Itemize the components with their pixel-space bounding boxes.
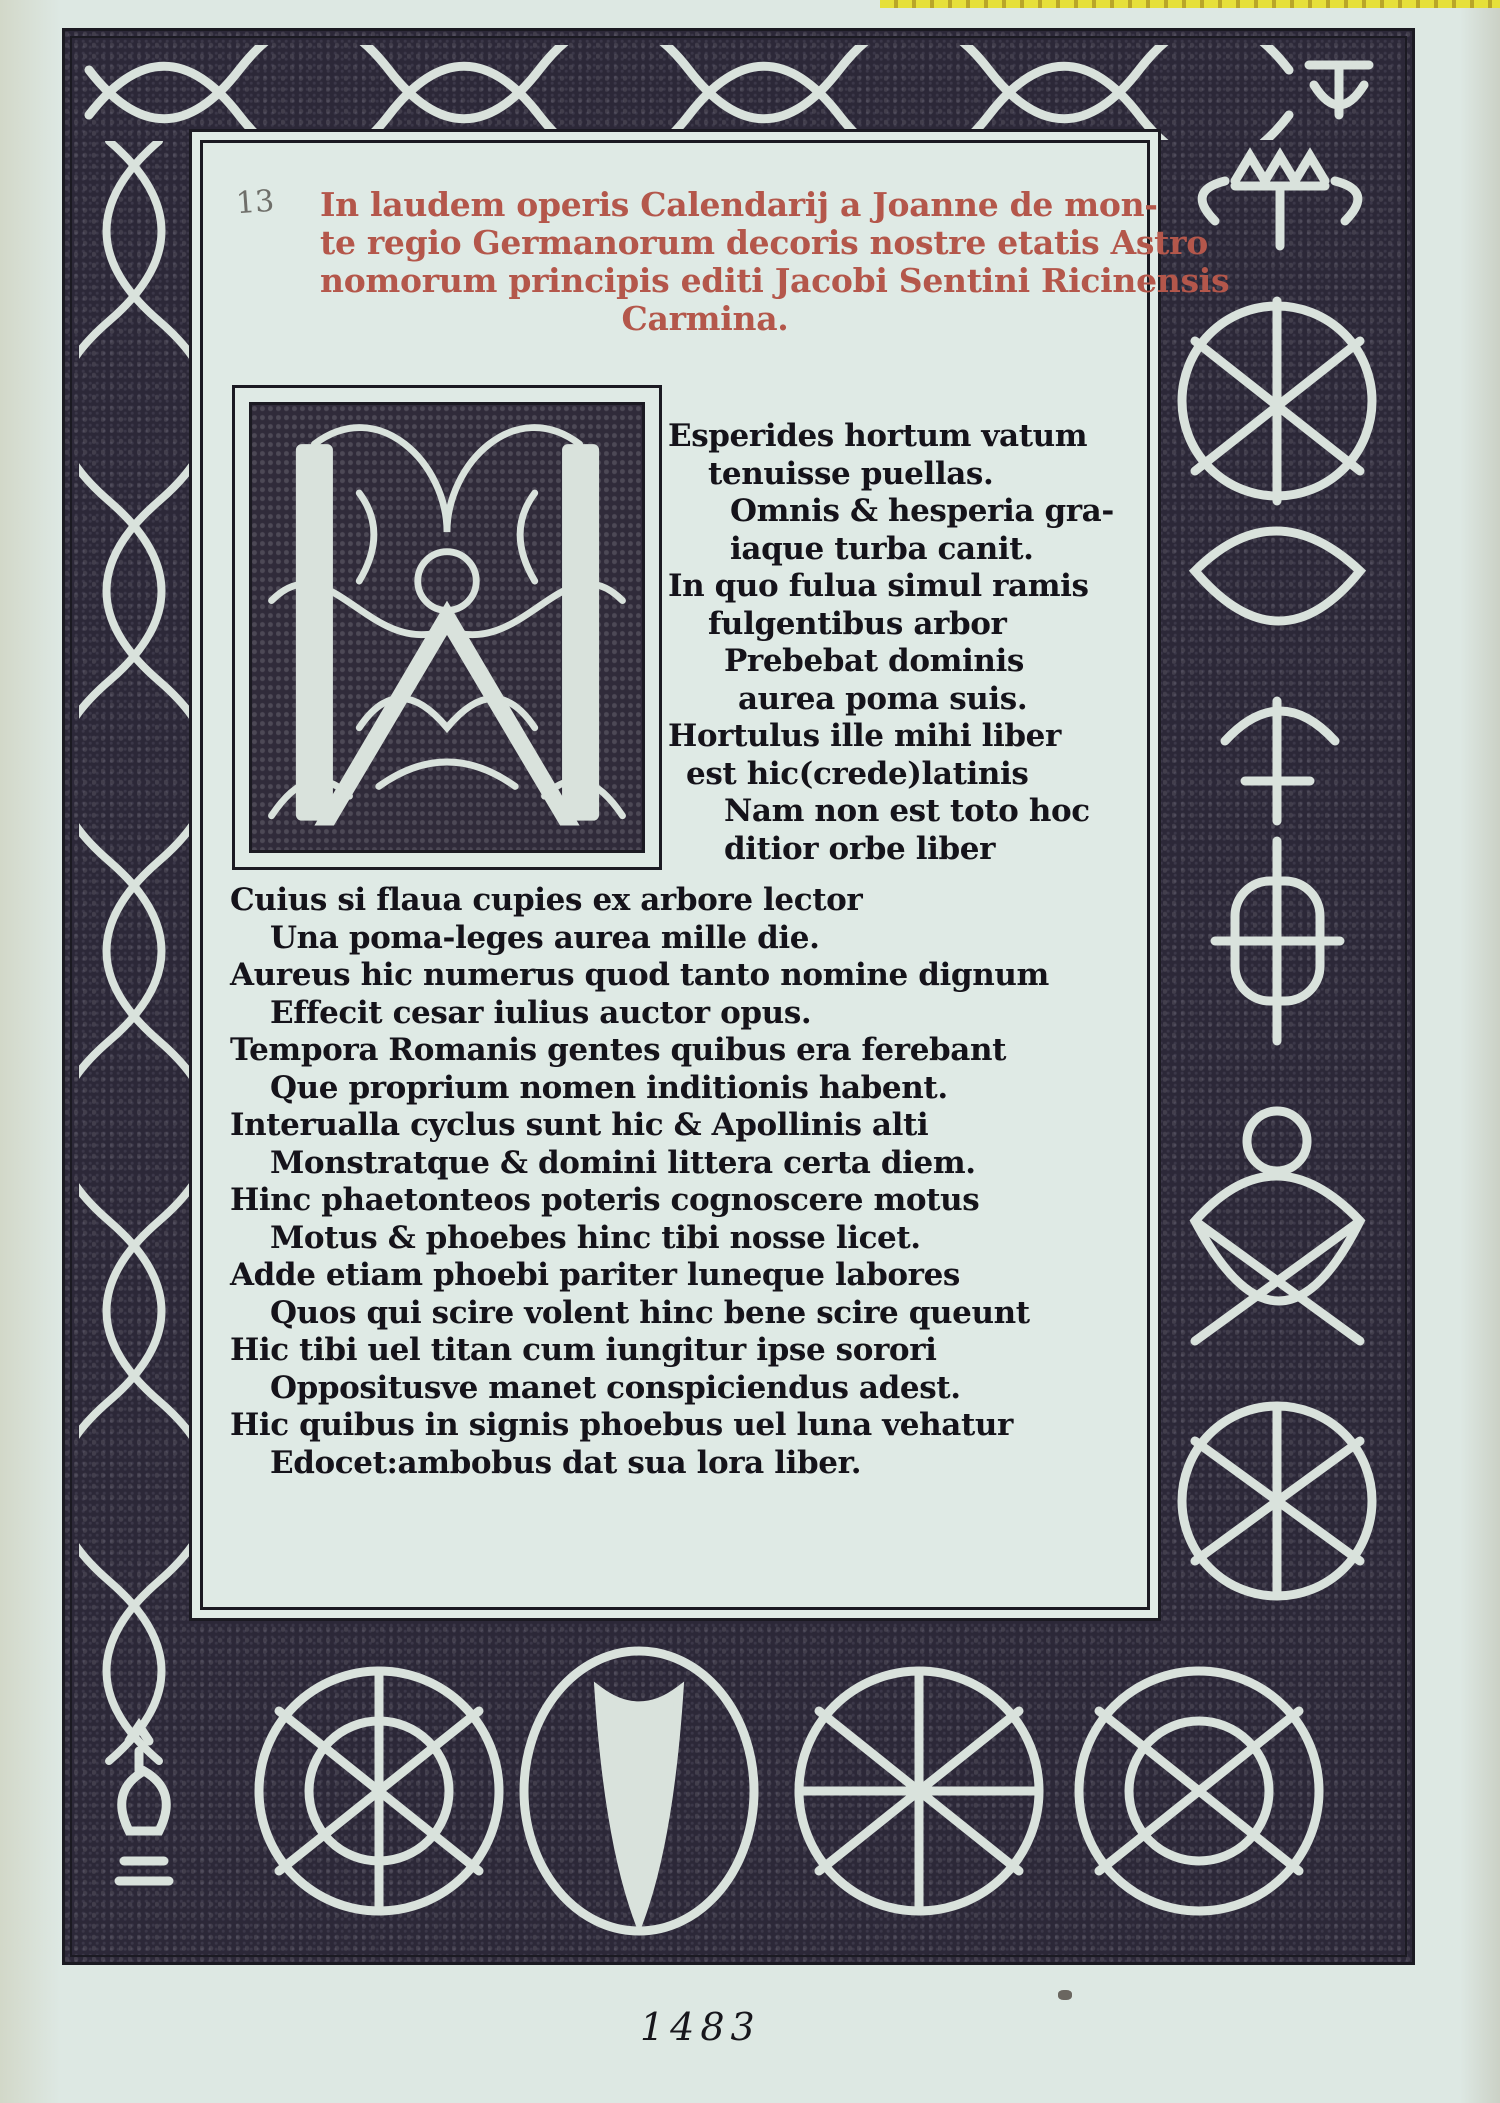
poem-line: Aureus hic numerus quod tanto nomine dig… — [218, 957, 1049, 995]
page-edge-shadow-right — [1460, 0, 1500, 2103]
poem-line: Que proprium nomen inditionis habent. — [218, 1070, 1049, 1108]
left-knotwork-band — [79, 141, 189, 1841]
heading-line: nomorum principis editi Jacobi Sentini R… — [320, 262, 1140, 300]
interlace-icon — [79, 141, 189, 1841]
bottom-knotwork-band — [79, 1631, 1399, 1946]
poem-line: Tempora Romanis gentes quibus era fereba… — [218, 1032, 1049, 1070]
handwritten-year: 1483 — [640, 2005, 761, 2049]
poem-line: tenuisse puellas. — [668, 456, 1114, 494]
paper-stain — [1058, 1990, 1072, 2000]
poem-line: aurea poma suis. — [668, 681, 1114, 719]
poem-lines-beside-initial: Esperides hortum vatum tenuisse puellas.… — [668, 418, 1114, 868]
poem-line: Effecit cesar iulius auctor opus. — [218, 995, 1049, 1033]
poem-line: Hinc phaetonteos poteris cognoscere motu… — [218, 1182, 1049, 1220]
poem-line: Hic tibi uel titan cum iungitur ipse sor… — [218, 1332, 1049, 1370]
poem-line: Una poma-leges aurea mille die. — [218, 920, 1049, 958]
heading-line: te regio Germanorum decoris nostre etati… — [320, 224, 1140, 262]
poem-line: Esperides hortum vatum — [668, 418, 1114, 456]
rubric-heading: In laudem operis Calendarij a Joanne de … — [320, 186, 1140, 338]
poem-line: est hic(crede)latinis — [668, 756, 1114, 794]
celtic-knot-icon — [79, 45, 1399, 140]
poem-line: In quo fulua simul ramis — [668, 568, 1114, 606]
margin-annotation: 13 — [235, 184, 276, 222]
poem-line: Edocet:ambobus dat sua lora liber. — [218, 1445, 1049, 1483]
initial-woodcut — [249, 402, 645, 853]
poem-line: iaque turba canit. — [668, 531, 1114, 569]
right-knotwork-band — [1155, 141, 1400, 1621]
decorated-initial-h — [232, 385, 662, 870]
vase-icon — [119, 1726, 169, 1881]
poem-line: Cuius si flaua cupies ex arbore lector — [218, 882, 1049, 920]
poem-line: Oppositusve manet conspiciendus adest. — [218, 1370, 1049, 1408]
shield-icon — [599, 1691, 679, 1921]
poem-line: fulgentibus arbor — [668, 606, 1114, 644]
poem-line: ditior orbe liber — [668, 831, 1114, 869]
poem-line: Quos qui scire volent hinc bene scire qu… — [218, 1295, 1049, 1333]
heading-line: In laudem operis Calendarij a Joanne de … — [320, 186, 1140, 224]
heading-line: Carmina. — [320, 300, 1140, 338]
poem-line: Prebebat dominis — [668, 643, 1114, 681]
poem-line: Motus & phoebes hinc tibi nosse licet. — [218, 1220, 1049, 1258]
vase-and-medallions-icon — [79, 1631, 1399, 1946]
poem-line: Monstratque & domini littera certa diem. — [218, 1145, 1049, 1183]
poem-line: Hortulus ille mihi liber — [668, 718, 1114, 756]
poem-line: Hic quibus in signis phoebus uel luna ve… — [218, 1407, 1049, 1445]
top-knotwork-band — [79, 45, 1399, 140]
poem-line: Omnis & hesperia gra- — [668, 493, 1114, 531]
poem-line: Adde etiam phoebi pariter luneque labore… — [218, 1257, 1049, 1295]
top-gilt-edge — [880, 0, 1500, 8]
page-edge-shadow-left — [0, 0, 60, 2103]
poem-line: Nam non est toto hoc — [668, 793, 1114, 831]
poem-lines-full-width: Cuius si flaua cupies ex arbore lector U… — [218, 882, 1049, 1482]
poem-line: Interualla cyclus sunt hic & Apollinis a… — [218, 1107, 1049, 1145]
crown-and-knot-icon — [1155, 141, 1400, 1621]
foliate-letter-h-icon — [252, 405, 642, 850]
